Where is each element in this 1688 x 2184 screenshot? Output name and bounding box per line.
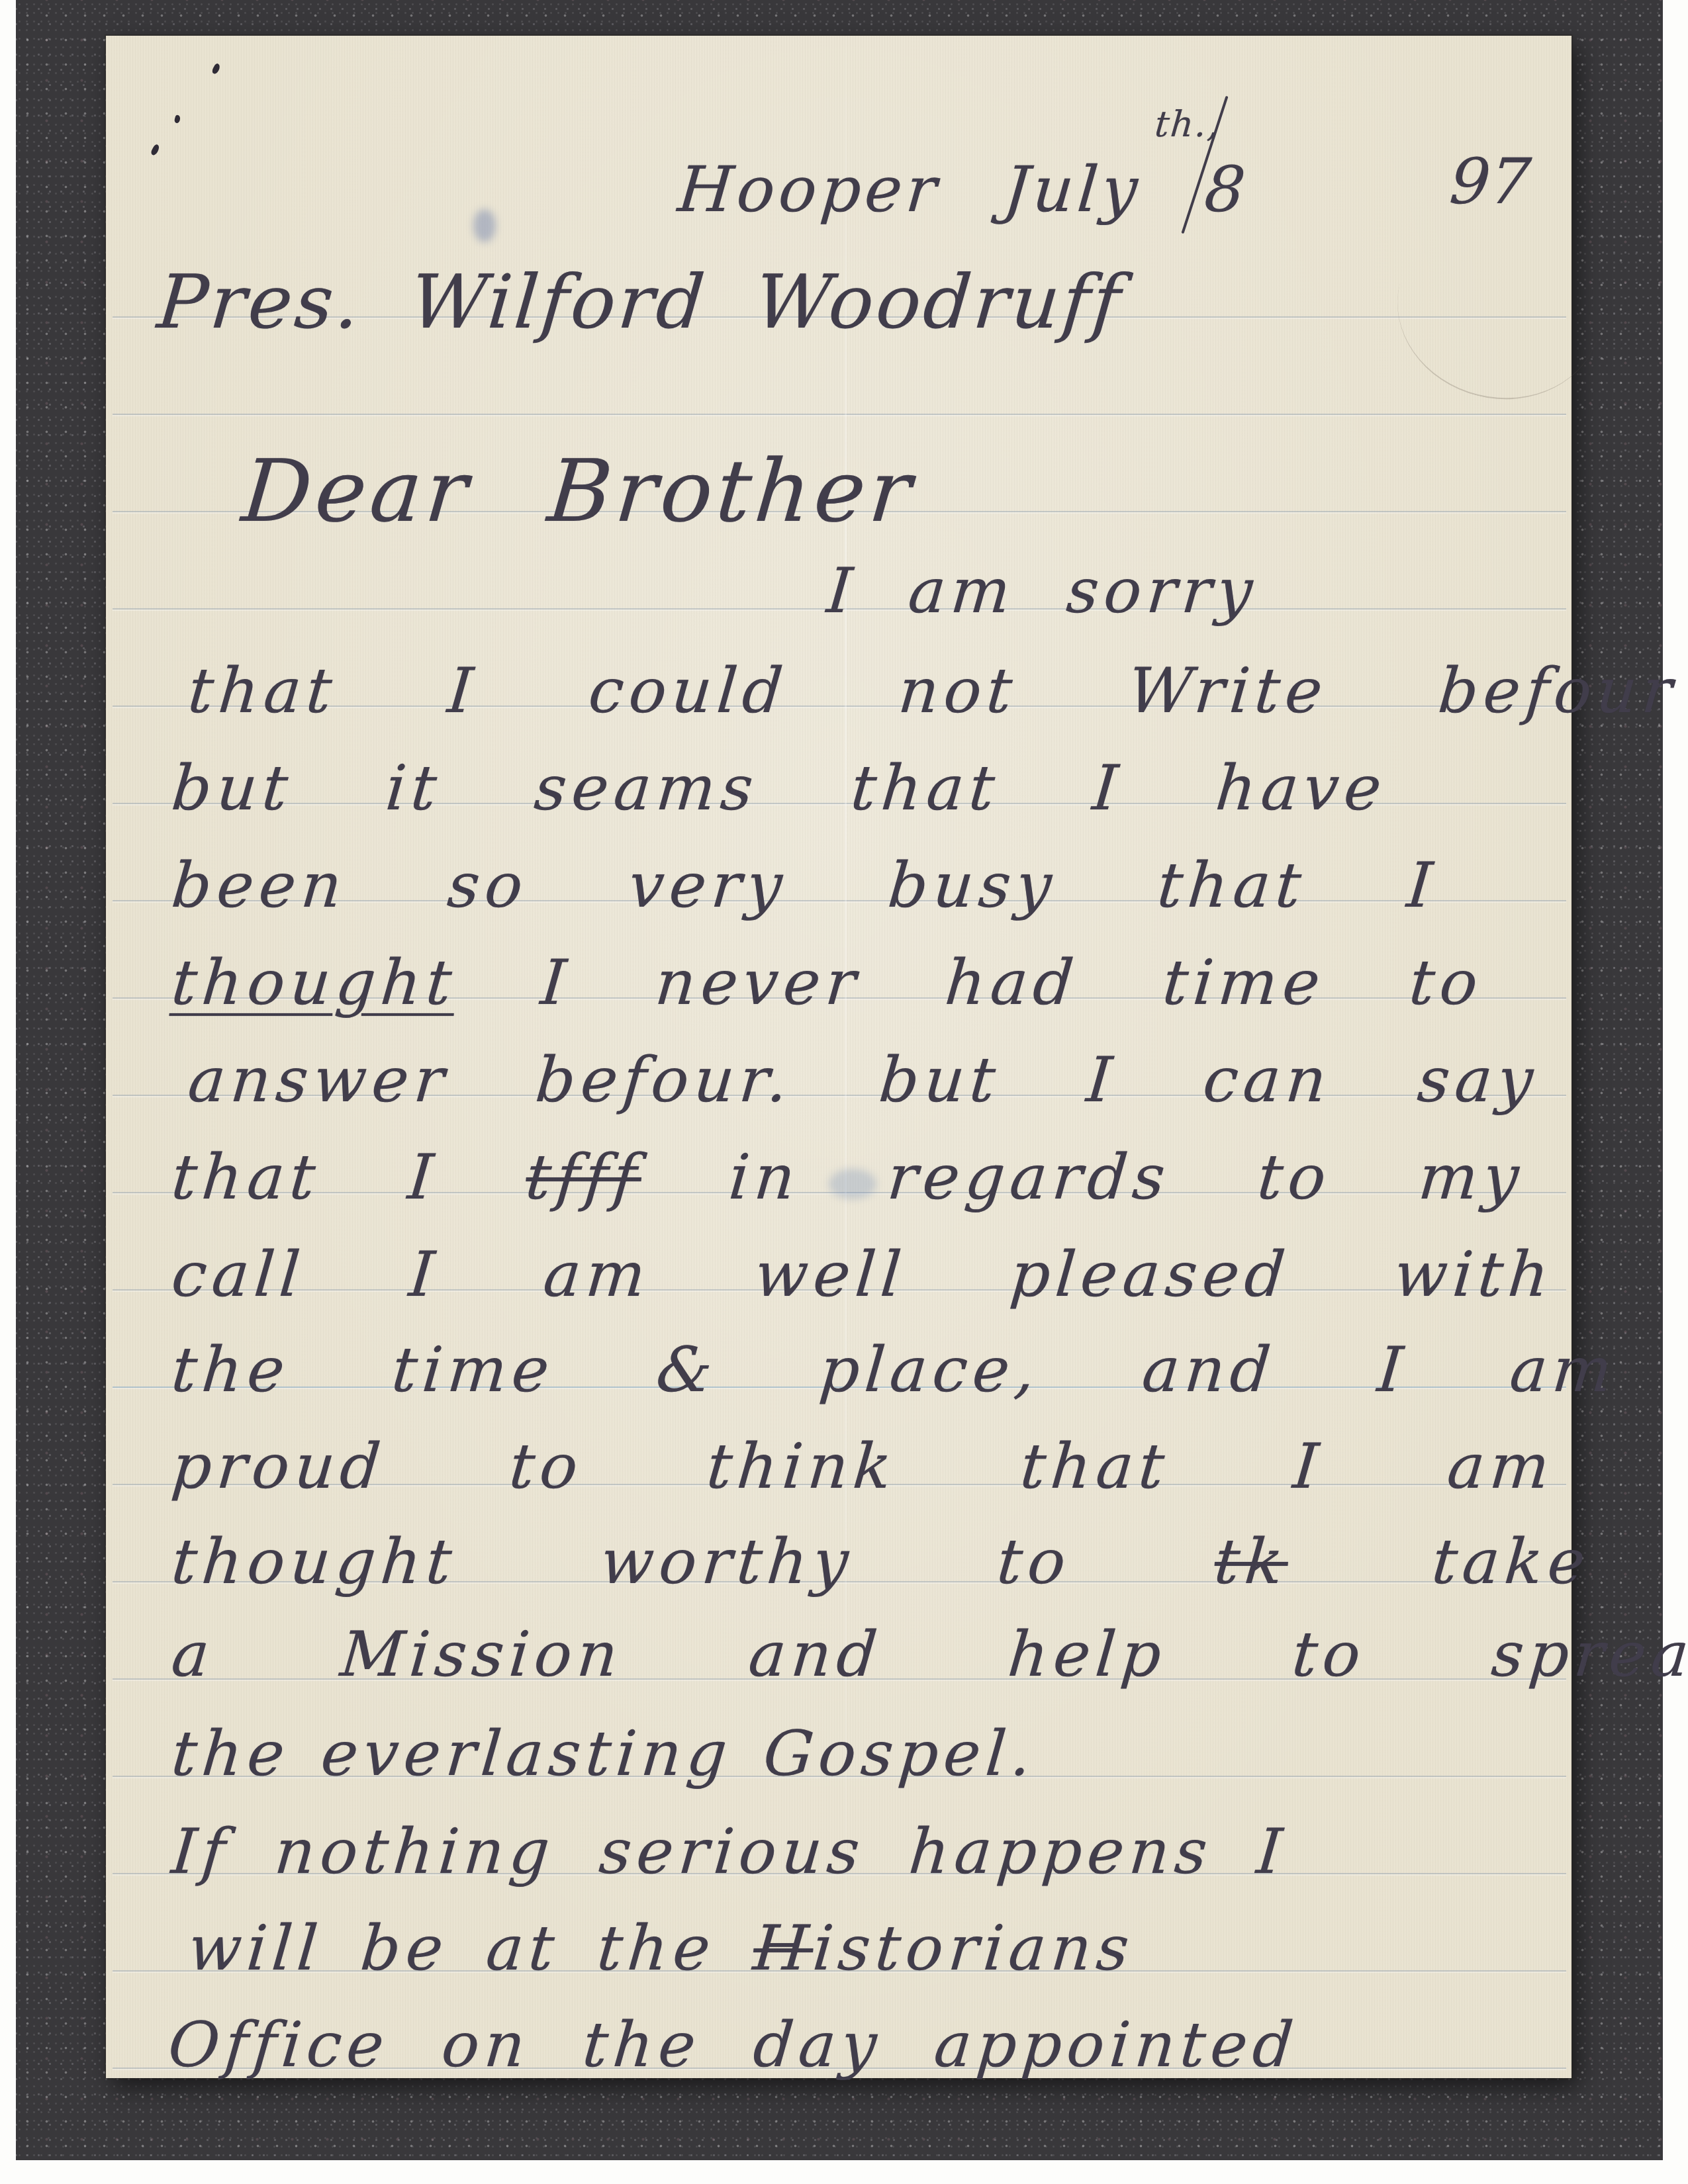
handwriting-segment: tk — [1211, 1526, 1291, 1598]
handwriting-line: I am sorry — [824, 555, 1260, 627]
handwriting-segment: tfff — [523, 1142, 645, 1214]
handwriting-segment: a Mission and help to spread — [169, 1619, 1688, 1691]
handwriting-segment: thought worthy to — [169, 1526, 1218, 1598]
handwriting-line: been so very busy that I — [169, 850, 1440, 922]
handwriting-line: the time & place, and I am — [169, 1334, 1620, 1406]
handwriting-segment: If nothing serious happens I — [169, 1816, 1290, 1888]
handwriting-segment: proud to think that I am — [169, 1431, 1558, 1503]
handwriting-segment: in regards to my — [638, 1142, 1526, 1214]
ink-smudge — [473, 209, 496, 242]
handwriting-line: call I am well pleased with — [169, 1239, 1557, 1311]
handwriting-segment: answer befour. but I can say — [185, 1044, 1541, 1116]
handwriting-line: If nothing serious happens I — [169, 1816, 1290, 1888]
handwriting-line: thought I never had time to — [169, 947, 1486, 1019]
ruled-line — [113, 414, 1566, 415]
handwriting-segment: but it seams that I have — [169, 752, 1389, 825]
handwriting-segment: call I am well pleased with — [169, 1239, 1557, 1311]
handwriting-line: will be at the Historians — [185, 1913, 1137, 1985]
handwriting-line: the everlasting Gospel. — [169, 1718, 1039, 1790]
handwriting-segment: istorians — [810, 1913, 1137, 1985]
recipient-line: Pres. Wilford Woodruff — [154, 259, 1126, 345]
handwriting-line: Office on the day appointed — [165, 2009, 1301, 2081]
handwriting-segment: that I — [169, 1142, 530, 1214]
handwriting-segment: been so very busy that I — [169, 850, 1440, 922]
scanned-letter: Hooper July 8 th., 97 Pres. Wilford Wood… — [0, 0, 1688, 2184]
handwriting-segment: I am sorry — [824, 555, 1260, 627]
handwriting-segment: H — [751, 1913, 817, 1985]
salutation-line: Dear Brother — [238, 441, 919, 541]
handwriting-segment: Office on the day appointed — [165, 2009, 1301, 2081]
handwriting-segment: the everlasting Gospel. — [169, 1718, 1039, 1790]
handwriting-line: a Mission and help to spread — [169, 1619, 1688, 1691]
handwriting-line: but it seams that I have — [169, 752, 1389, 825]
handwriting-line: answer befour. but I can say — [185, 1044, 1541, 1116]
handwriting-segment: the time & place, and I am — [169, 1334, 1620, 1406]
dateline-place-date: Hooper July 8 — [675, 154, 1252, 226]
dateline-year: 97 — [1447, 146, 1534, 218]
handwriting-segment: thought — [169, 947, 459, 1019]
handwriting-segment: I never had time to — [453, 947, 1486, 1019]
handwriting-segment: take — [1285, 1526, 1593, 1598]
handwriting-line: that I could not Write befour — [185, 655, 1681, 727]
handwriting-line: proud to think that I am — [169, 1431, 1558, 1503]
handwriting-line: thought worthy to tk take — [169, 1526, 1593, 1598]
handwriting-segment: that I could not Write befour — [185, 655, 1681, 727]
handwriting-segment: will be at the — [185, 1913, 757, 1985]
handwriting-line: that I tfff in regards to my — [169, 1142, 1527, 1214]
